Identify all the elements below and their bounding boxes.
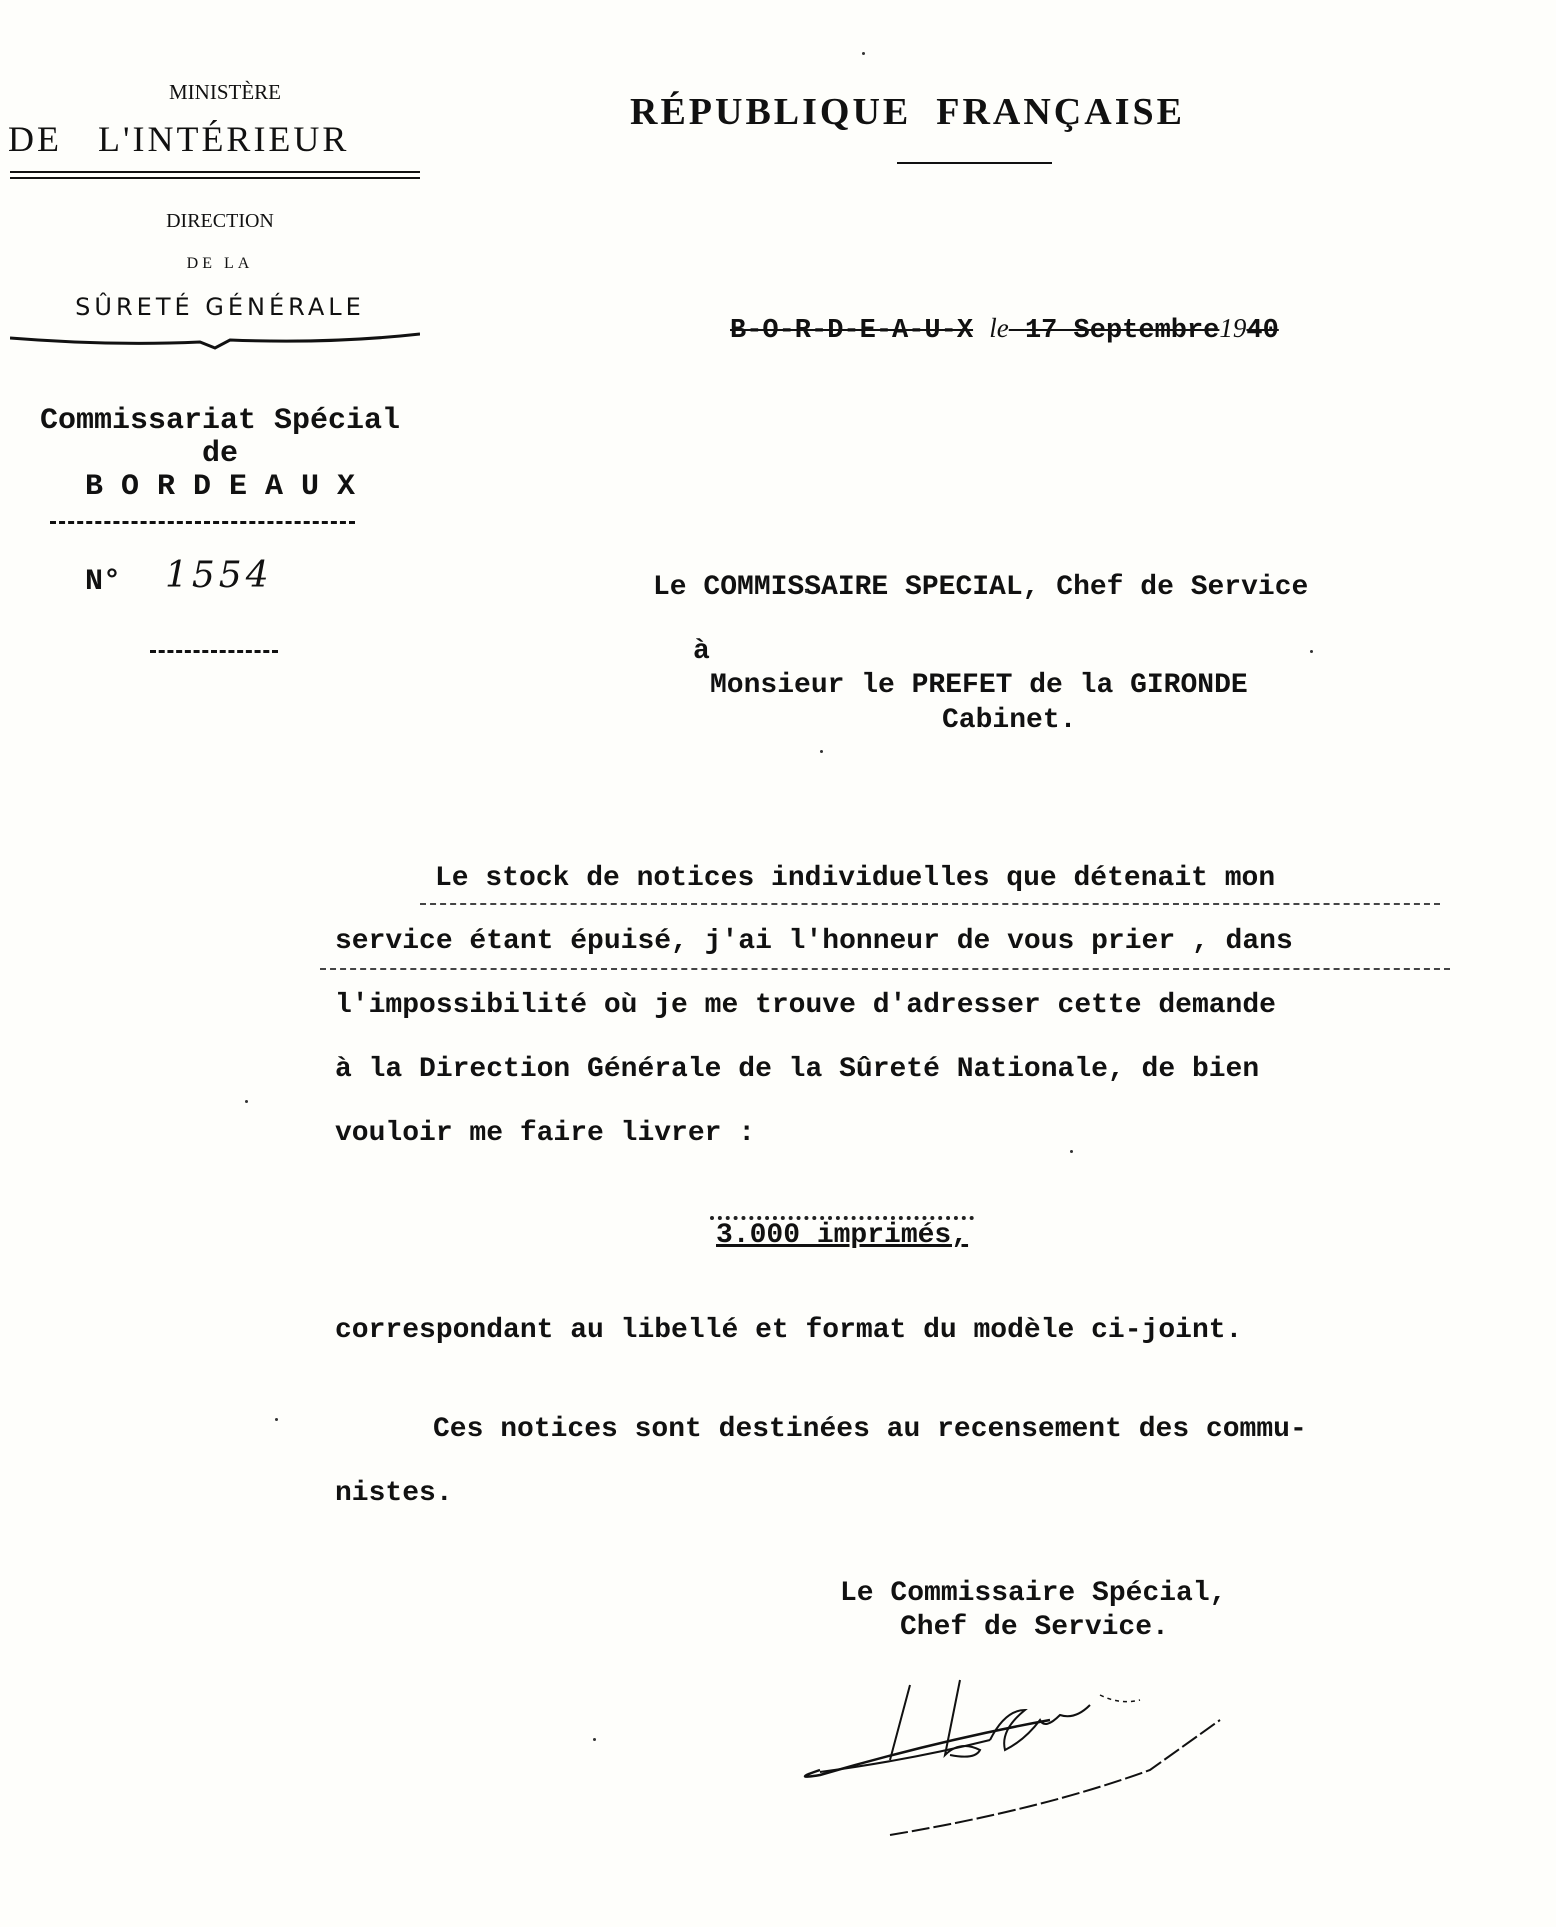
dateline: B-O-R-D-E-A-U-X le 17 Septembre1940: [730, 313, 1279, 346]
date-place: B-O-R-D-E-A-U-X: [730, 316, 973, 346]
underline-mark: [320, 968, 1450, 970]
scan-speck: [1070, 1150, 1073, 1153]
brace-divider-icon: [10, 330, 420, 352]
underline-mark: [420, 903, 1440, 905]
quantity-highlight: 3.000 imprimés,: [710, 1216, 974, 1251]
heading-rule: [897, 162, 1052, 164]
scan-speck: [593, 1738, 596, 1741]
office-label: Commissariat Spécial de B O R D E A U X: [20, 405, 420, 504]
body-line: vouloir me faire livrer :: [335, 1118, 755, 1149]
ministry-label: DE L'INTÉRIEUR: [8, 118, 428, 160]
body-line: à la Direction Générale de la Sûreté Nat…: [335, 1054, 1259, 1085]
dashed-divider: [50, 521, 355, 524]
body-line: Le stock de notices individuelles que dé…: [435, 863, 1275, 894]
scan-speck: [1310, 650, 1313, 653]
recipient-department: Cabinet.: [942, 705, 1076, 736]
body-line: Ces notices sont destinées au recensemen…: [433, 1414, 1307, 1445]
ministry-label-small: MINISTÈRE: [0, 80, 450, 105]
date-year-printed: 19: [1219, 313, 1246, 343]
signatory-title: Le Commissaire Spécial,: [840, 1578, 1226, 1609]
scan-speck: [805, 590, 808, 593]
surete-generale-label: SÛRETÉ GÉNÉRALE: [0, 293, 440, 321]
dashed-divider-small: [150, 650, 278, 653]
body-line: correspondant au libellé et format du mo…: [335, 1315, 1242, 1346]
de-la-label: DE LA: [0, 255, 440, 273]
double-rule-divider: [10, 171, 420, 179]
sender: Le COMMISSAIRE SPECIAL, Chef de Service: [653, 572, 1308, 603]
body-line: nistes.: [335, 1478, 453, 1509]
direction-label: DIRECTION: [0, 210, 440, 233]
scan-speck: [820, 750, 823, 753]
date-value: 17 Septembre: [1025, 316, 1219, 346]
scan-speck: [275, 1418, 278, 1421]
recipient: Monsieur le PREFET de la GIRONDE: [710, 670, 1248, 701]
reference-number: 1554: [165, 555, 273, 596]
republic-heading: RÉPUBLIQUE FRANÇAISE: [630, 90, 1330, 134]
signatory-service: Chef de Service.: [900, 1612, 1169, 1643]
body-line: service étant épuisé, j'ai l'honneur de …: [335, 926, 1293, 957]
scan-speck: [245, 1100, 248, 1103]
date-year-typed: 40: [1246, 316, 1278, 346]
date-le: le: [989, 313, 1009, 343]
body-line: l'impossibilité où je me trouve d'adress…: [335, 990, 1276, 1021]
address-preposition: à: [693, 636, 710, 667]
handwritten-signature-icon: [790, 1660, 1290, 1860]
number-label: N°: [85, 565, 121, 599]
scan-speck: [862, 52, 865, 55]
